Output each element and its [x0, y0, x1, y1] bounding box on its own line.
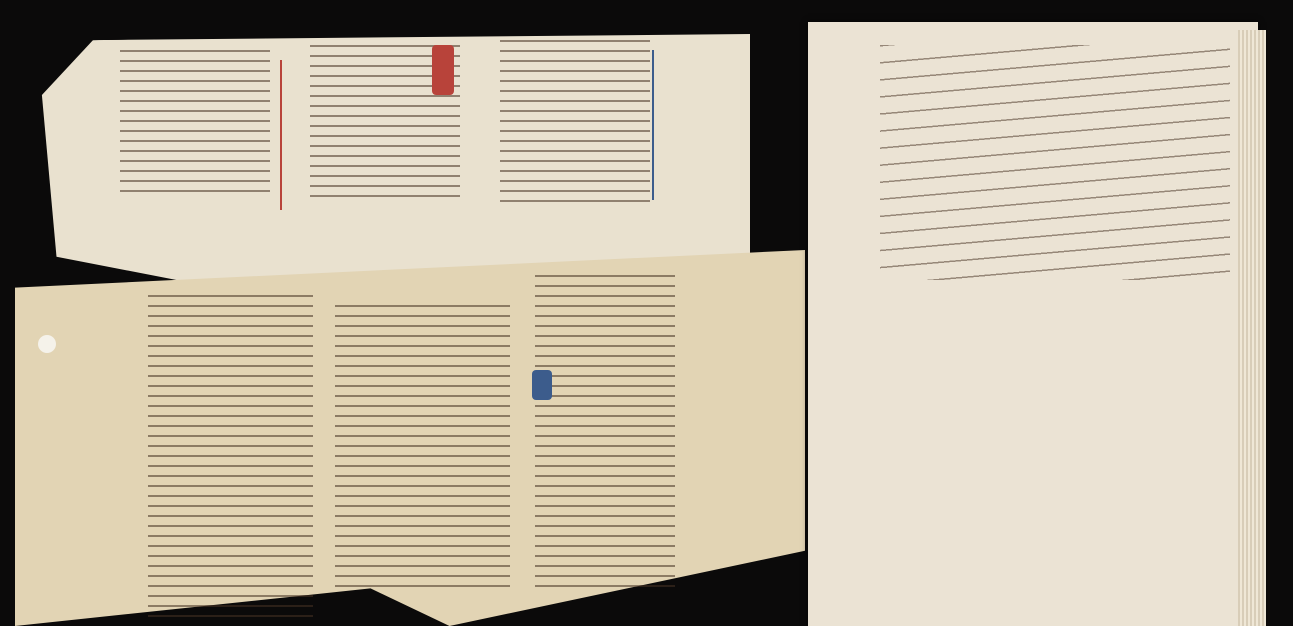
- red-rubric-line: [280, 60, 282, 210]
- blue-rubric-line: [652, 50, 654, 200]
- lower-text-col-1: [148, 295, 313, 625]
- lower-text-col-2: [335, 305, 510, 595]
- upper-text-col-3: [500, 40, 650, 205]
- manuscript-photo: [0, 0, 1293, 626]
- handwritten-text: [880, 45, 1230, 280]
- blue-initial: [532, 370, 552, 400]
- upper-text-col-1: [120, 50, 270, 200]
- red-initial: [432, 45, 454, 95]
- hole: [38, 335, 56, 353]
- book-fore-edge: [1238, 30, 1266, 626]
- lower-text-col-3: [535, 275, 675, 590]
